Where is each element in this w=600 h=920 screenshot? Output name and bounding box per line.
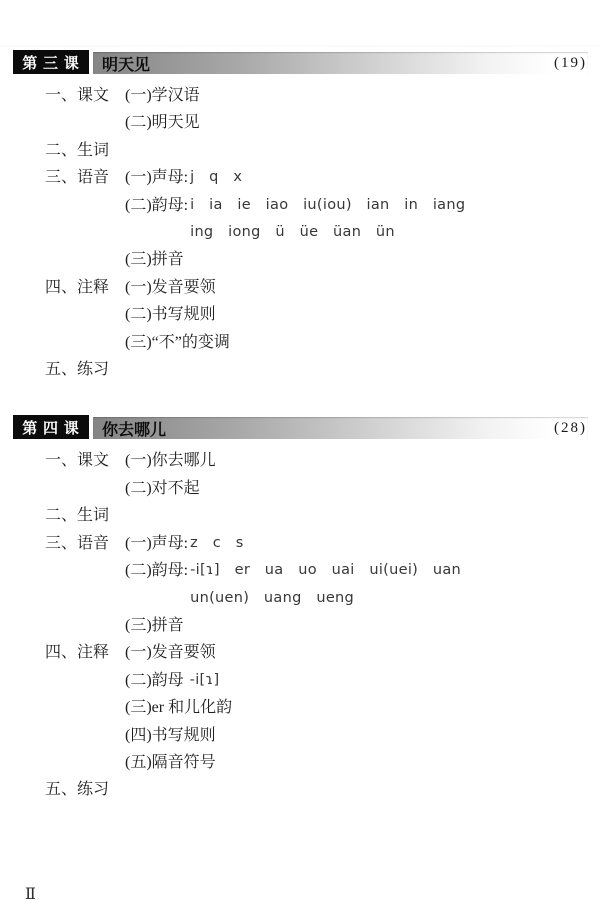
pinyin-inline: -i[ɿ] [190, 667, 220, 694]
page-number: Ⅱ [25, 884, 36, 904]
lesson-page-number: (28) [554, 420, 588, 437]
pinyin-line: z c s [190, 530, 244, 557]
toc-row: 四、注释 (一)发音要领 [45, 639, 600, 666]
lesson-title: 明天见 [102, 52, 150, 75]
toc-row: (二)韵母: i ia ie iao iu(iou) ian in iang i… [45, 192, 600, 247]
section-label: 四、注释 [45, 274, 125, 301]
section-label: 三、语音 [45, 164, 125, 191]
pinyin-line: -i[ɿ] er ua uo uai ui(uei) uan [190, 557, 461, 584]
scan-artifact-line [0, 45, 600, 47]
section-label: 二、生词 [45, 137, 125, 164]
item-label: (二)韵母: [125, 192, 188, 219]
pinyin-list: z c s [190, 530, 244, 557]
toc-row: (三)拼音 [45, 612, 600, 639]
item-label: (一)声母: [125, 164, 188, 191]
toc-row: 一、课文 (一)学汉语 [45, 82, 600, 109]
lesson-page-number: (19) [554, 55, 588, 72]
item-label: (三)er 和儿化韵 [125, 694, 232, 721]
item-label: (二)韵母 [125, 667, 188, 694]
toc-row: 二、生词 [45, 502, 600, 529]
lesson-4-header: 第 四 课 你去哪儿 (28) [13, 415, 588, 439]
toc-row: (三)拼音 [45, 246, 600, 273]
item-label: (二)明天见 [125, 109, 200, 136]
item-label: (一)学汉语 [125, 82, 200, 109]
toc-row: (二)韵母: -i[ɿ] er ua uo uai ui(uei) uan un… [45, 557, 600, 612]
section-label: 一、课文 [45, 82, 125, 109]
lesson-header-bar: 明天见 (19) [93, 52, 588, 74]
toc-row: (二)书写规则 [45, 301, 600, 328]
lesson-badge: 第 四 课 [13, 415, 89, 439]
pinyin-list: -i[ɿ] er ua uo uai ui(uei) uan un(uen) u… [190, 557, 461, 612]
pinyin-line: un(uen) uang ueng [190, 585, 461, 612]
section-label: 五、练习 [45, 356, 125, 383]
lesson-3-toc-rows: 一、课文 (一)学汉语 (二)明天见 二、生词 三、语音 (一)声母: j q … [45, 74, 600, 383]
toc-row: (五)隔音符号 [45, 749, 600, 776]
lesson-header-bar: 你去哪儿 (28) [93, 417, 588, 439]
toc-row: (三)er 和儿化韵 [45, 694, 600, 721]
pinyin-line: i ia ie iao iu(iou) ian in iang [190, 192, 465, 219]
item-label: (一)发音要领 [125, 274, 216, 301]
pinyin-list: j q x [190, 164, 242, 191]
section-label: 一、课文 [45, 447, 125, 474]
item-label: (三)拼音 [125, 246, 184, 273]
lesson-3-header: 第 三 课 明天见 (19) [13, 50, 588, 74]
lesson-4-block: 第 四 课 你去哪儿 (28) 一、课文 (一)你去哪儿 (二)对不起 二、生词… [0, 415, 600, 803]
section-label: 四、注释 [45, 639, 125, 666]
item-label: (五)隔音符号 [125, 749, 216, 776]
toc-row: (二)明天见 [45, 109, 600, 136]
item-label: (四)书写规则 [125, 722, 216, 749]
lesson-3-block: 第 三 课 明天见 (19) 一、课文 (一)学汉语 (二)明天见 二、生词 三… [0, 50, 600, 383]
toc-row: 三、语音 (一)声母: z c s [45, 530, 600, 557]
toc-row: 二、生词 [45, 137, 600, 164]
item-label: (一)你去哪儿 [125, 447, 216, 474]
lesson-4-toc-rows: 一、课文 (一)你去哪儿 (二)对不起 二、生词 三、语音 (一)声母: z c… [45, 439, 600, 803]
toc-row: (二)韵母 -i[ɿ] [45, 667, 600, 694]
toc-row: (二)对不起 [45, 475, 600, 502]
item-label: (一)声母: [125, 530, 188, 557]
toc-row: (三)“不”的变调 [45, 329, 600, 356]
item-label: (一)发音要领 [125, 639, 216, 666]
toc-row: 四、注释 (一)发音要领 [45, 274, 600, 301]
section-label: 三、语音 [45, 530, 125, 557]
pinyin-line: ing iong ü üe üan ün [190, 219, 465, 246]
toc-page: 第 三 课 明天见 (19) 一、课文 (一)学汉语 (二)明天见 二、生词 三… [0, 0, 600, 920]
item-label: (三)“不”的变调 [125, 329, 230, 356]
lesson-title: 你去哪儿 [102, 417, 166, 440]
toc-row: (四)书写规则 [45, 722, 600, 749]
toc-row: 三、语音 (一)声母: j q x [45, 164, 600, 191]
toc-row: 五、练习 [45, 356, 600, 383]
pinyin-list: i ia ie iao iu(iou) ian in iang ing iong… [190, 192, 465, 247]
item-label: (二)对不起 [125, 475, 200, 502]
toc-row: 一、课文 (一)你去哪儿 [45, 447, 600, 474]
section-label: 五、练习 [45, 776, 125, 803]
item-label: (二)韵母: [125, 557, 188, 584]
section-label: 二、生词 [45, 502, 125, 529]
lesson-badge: 第 三 课 [13, 50, 89, 74]
item-label: (三)拼音 [125, 612, 184, 639]
toc-row: 五、练习 [45, 776, 600, 803]
pinyin-line: j q x [190, 164, 242, 191]
item-label: (二)书写规则 [125, 301, 216, 328]
